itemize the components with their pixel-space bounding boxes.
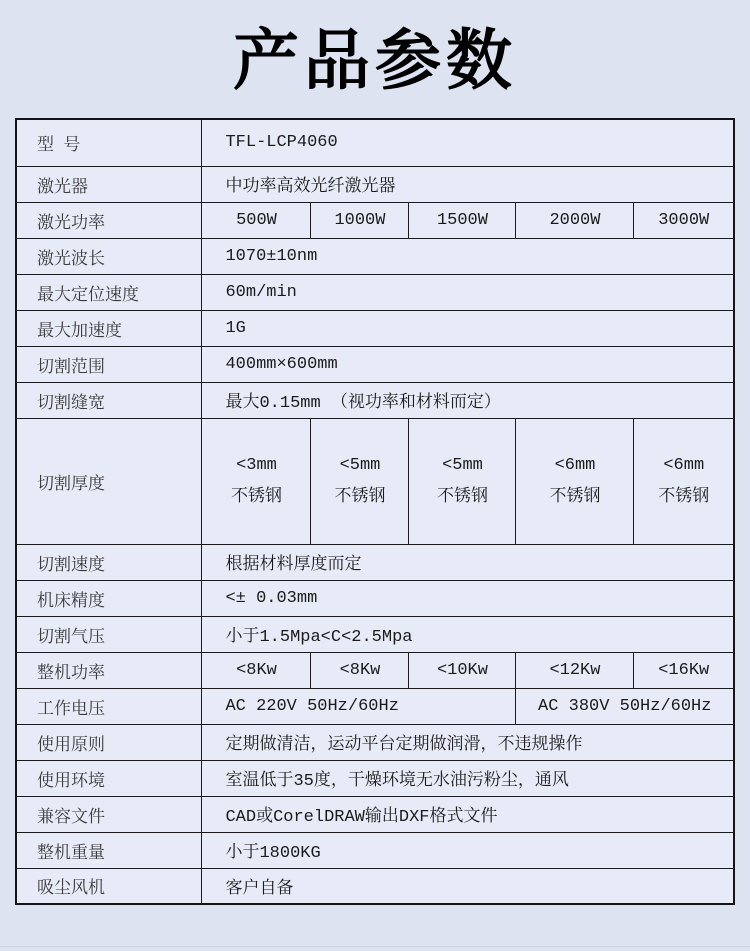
row-label: 工作电压 <box>16 688 202 724</box>
row-label: 切割范围 <box>16 346 202 382</box>
row-value: 60m/min <box>202 274 734 310</box>
row-label: 激光功率 <box>16 202 202 238</box>
thickness-material: 不锈钢 <box>437 489 488 506</box>
row-total-power: 整机功率 <8Kw <8Kw <10Kw <12Kw <16Kw <box>16 652 734 688</box>
row-value: <10Kw <box>409 652 516 688</box>
thickness-material: 不锈钢 <box>549 489 600 506</box>
row-value: 中功率高效光纤激光器 <box>202 166 734 202</box>
row-value: 3000W <box>634 202 734 238</box>
row-value: 500W <box>202 202 311 238</box>
row-value: 根据材料厚度而定 <box>202 544 734 580</box>
row-value: <12Kw <box>516 652 634 688</box>
row-label: 切割速度 <box>16 544 202 580</box>
row-value: 1500W <box>409 202 516 238</box>
row-label: 兼容文件 <box>16 796 202 832</box>
row-label: 最大定位速度 <box>16 274 202 310</box>
thickness-value: <5mm <box>340 457 381 474</box>
row-kerf-width: 切割缝宽 最大0.15mm （视功率和材料而定） <box>16 382 734 418</box>
row-label: 切割厚度 <box>16 418 202 544</box>
section-divider <box>0 946 750 947</box>
row-value: 1G <box>202 310 734 346</box>
row-value: 2000W <box>516 202 634 238</box>
thickness-material: 不锈钢 <box>658 489 709 506</box>
row-label: 使用原则 <box>16 724 202 760</box>
row-label: 最大加速度 <box>16 310 202 346</box>
row-value: CAD或CorelDRAW输出DXF格式文件 <box>202 796 734 832</box>
row-machine-weight: 整机重量 小于1800KG <box>16 832 734 868</box>
row-label: 吸尘风机 <box>16 868 202 904</box>
row-value: <16Kw <box>634 652 734 688</box>
row-laser-power: 激光功率 500W 1000W 1500W 2000W 3000W <box>16 202 734 238</box>
row-value: 400mm×600mm <box>202 346 734 382</box>
row-dust-extraction-fan: 吸尘风机 客户自备 <box>16 868 734 904</box>
row-cutting-air-pressure: 切割气压 小于1.5Mpa<C<2.5Mpa <box>16 616 734 652</box>
row-label: 型 号 <box>16 119 202 166</box>
row-value: 1070±10nm <box>202 238 734 274</box>
row-value: 小于1800KG <box>202 832 734 868</box>
row-laser-source: 激光器 中功率高效光纤激光器 <box>16 166 734 202</box>
row-value: 室温低于35度，干燥环境无水油污粉尘，通风 <box>202 760 734 796</box>
row-max-acceleration: 最大加速度 1G <box>16 310 734 346</box>
row-max-positioning-speed: 最大定位速度 60m/min <box>16 274 734 310</box>
row-label: 激光波长 <box>16 238 202 274</box>
thickness-value: <6mm <box>555 457 596 474</box>
row-value: AC 380V 50Hz/60Hz <box>516 688 734 724</box>
thickness-value: <3mm <box>236 457 277 474</box>
thickness-value: <5mm <box>442 457 483 474</box>
page-title: 产品参数 <box>233 7 517 102</box>
row-value: 最大0.15mm （视功率和材料而定） <box>202 382 734 418</box>
row-machine-precision: 机床精度 <± 0.03mm <box>16 580 734 616</box>
row-label: 整机重量 <box>16 832 202 868</box>
row-value: 客户自备 <box>202 868 734 904</box>
product-spec-table: 型 号 TFL-LCP4060 激光器 中功率高效光纤激光器 激光功率 500W… <box>15 118 735 905</box>
row-value: TFL-LCP4060 <box>202 119 734 166</box>
row-label: 机床精度 <box>16 580 202 616</box>
title-band: 产品参数 <box>0 0 750 118</box>
thickness-material: 不锈钢 <box>231 489 282 506</box>
row-model: 型 号 TFL-LCP4060 <box>16 119 734 166</box>
row-label: 整机功率 <box>16 652 202 688</box>
row-value: 1000W <box>311 202 409 238</box>
row-value: <± 0.03mm <box>202 580 734 616</box>
row-value: <5mm 不锈钢 <box>311 418 409 544</box>
thickness-value: <6mm <box>663 457 704 474</box>
row-compatible-files: 兼容文件 CAD或CorelDRAW输出DXF格式文件 <box>16 796 734 832</box>
row-value: <6mm 不锈钢 <box>516 418 634 544</box>
row-value: <3mm 不锈钢 <box>202 418 311 544</box>
row-value: AC 220V 50Hz/60Hz <box>202 688 516 724</box>
row-working-voltage: 工作电压 AC 220V 50Hz/60Hz AC 380V 50Hz/60Hz <box>16 688 734 724</box>
row-label: 切割气压 <box>16 616 202 652</box>
row-value: 定期做清洁，运动平台定期做润滑，不违规操作 <box>202 724 734 760</box>
row-value: <5mm 不锈钢 <box>409 418 516 544</box>
row-cutting-area: 切割范围 400mm×600mm <box>16 346 734 382</box>
row-operating-environment: 使用环境 室温低于35度，干燥环境无水油污粉尘，通风 <box>16 760 734 796</box>
thickness-material: 不锈钢 <box>334 489 385 506</box>
row-cutting-speed: 切割速度 根据材料厚度而定 <box>16 544 734 580</box>
row-value: <6mm 不锈钢 <box>634 418 734 544</box>
row-usage-principles: 使用原则 定期做清洁，运动平台定期做润滑，不违规操作 <box>16 724 734 760</box>
row-value: 小于1.5Mpa<C<2.5Mpa <box>202 616 734 652</box>
row-wavelength: 激光波长 1070±10nm <box>16 238 734 274</box>
row-label: 激光器 <box>16 166 202 202</box>
row-cutting-thickness: 切割厚度 <3mm 不锈钢 <5mm 不锈钢 <5mm 不锈钢 <6mm 不锈钢 <box>16 418 734 544</box>
row-value: <8Kw <box>311 652 409 688</box>
row-label: 使用环境 <box>16 760 202 796</box>
row-label: 切割缝宽 <box>16 382 202 418</box>
row-value: <8Kw <box>202 652 311 688</box>
